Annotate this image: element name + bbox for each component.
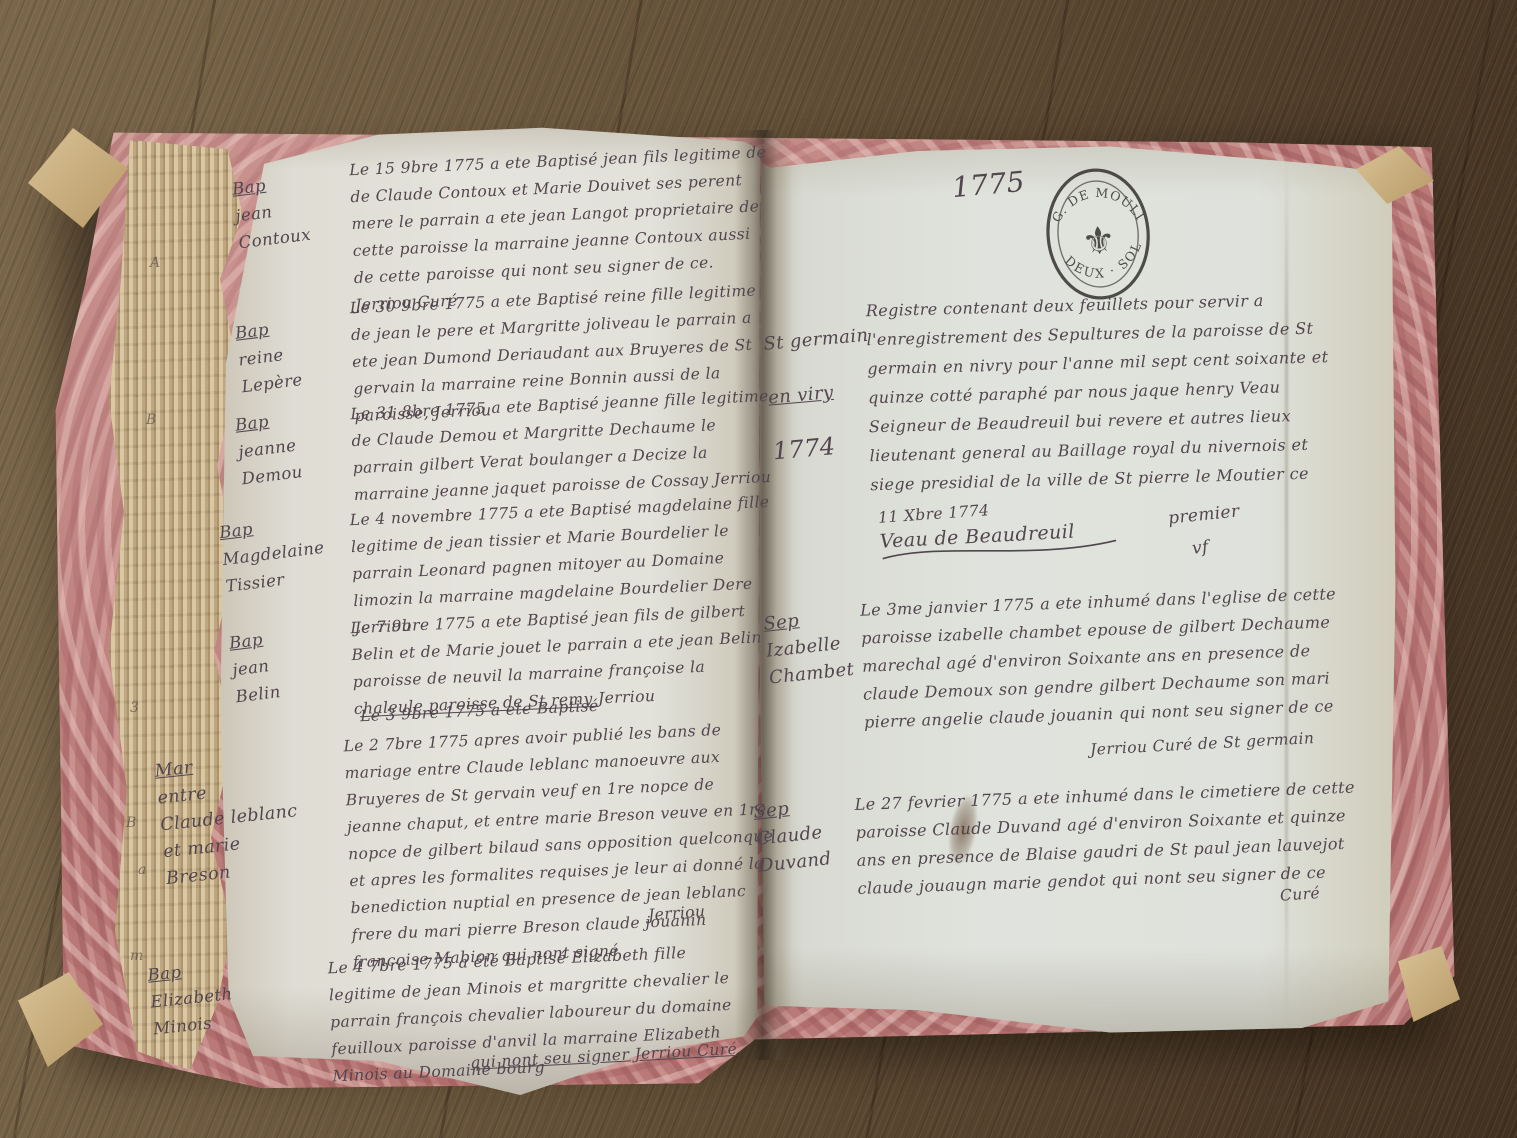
margin-note-marriage-leblanc-breson: Marentre Claude leblanc et marie Breson [153,738,366,893]
burial-entry-izabelle-chambet: Le 3me janvier 1775 a ete inhumé dans l'… [860,579,1365,736]
margin-entry-type: Bap [147,962,183,984]
margin-entry-type: Bap [218,519,254,542]
margin-entry-type: Sep [752,798,790,823]
edge-stray-mark: A [150,255,160,271]
margin-entry-type: Bap [234,320,270,343]
margin-entry-type: Bap [234,412,270,435]
stamp-emblem-fleur-de-lis-icon: ⚜ [1080,218,1118,265]
edge-stray-mark: B [126,815,136,831]
side-note-paraph: vf [1191,537,1210,559]
margin-note-baptism-jean-contoux: Bapjean Contoux [231,161,365,257]
margin-note-baptism-jean-belin: Bapjean Belin [228,615,362,711]
edge-stray-mark: a [138,862,146,878]
margin-entry-type: Mar [154,758,194,782]
photo-of-open-parish-register: Bapjean Contoux Le 15 9bre 1775 a ete Ba… [0,0,1517,1138]
edge-stray-mark: B [146,412,156,428]
margin-entry-type: Sep [762,610,800,635]
margin-entry-type: Bap [228,630,264,653]
year-heading: 1775 [951,165,1026,204]
edge-stray-mark: m [130,948,143,964]
fiscal-stamp-generalite-de-moulins: G. DE MOULINS DEUX · SOLS ⚜ [1032,153,1165,313]
register-header-paragraph: Registre contenant deux feuillets pour s… [865,284,1350,499]
marriage-entry-leblanc-breson: Le 2 7bre 1775 apres avoir publié les ba… [343,715,781,976]
margin-note-baptism-jeanne-demou: Bapjeanne Demou [234,397,368,493]
baptism-entry-jeanne-demou: Le 31 8bre 1775 a ete Baptisé jeanne fil… [350,383,774,509]
margin-entry-name: entre Claude leblanc et marie Breson [156,765,366,893]
burial-entry-2-signoff: Curé [1279,877,1361,910]
margin-entry-type: Bap [231,176,267,199]
margin-note-baptism-reine-lepere: Bapreine Lepère [234,305,368,401]
edge-stray-mark: 3 [130,700,139,716]
